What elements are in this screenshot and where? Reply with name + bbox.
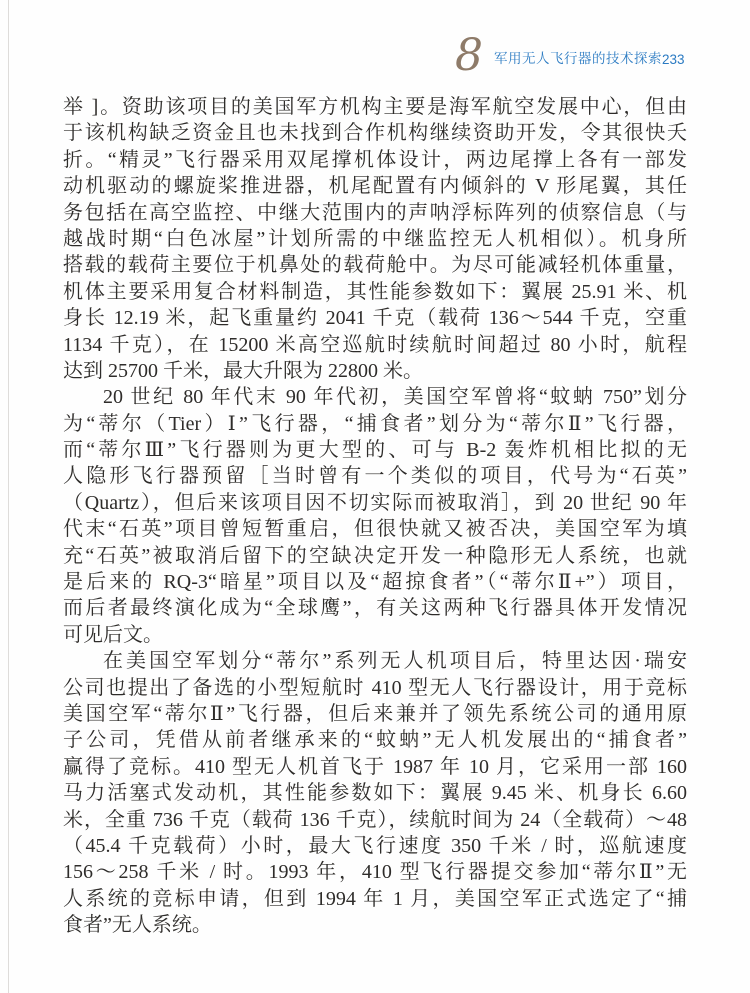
text-line: 而“蒂尔Ⅲ”飞行器则为更大型的、可与 B-2 轰炸机相比拟的无 xyxy=(63,437,687,463)
text-line: 充“石英”被取消后留下的空缺决定开发一种隐形无人系统，也就 xyxy=(63,543,687,569)
page-number: 233 xyxy=(662,52,685,67)
text-line: 是后来的 RQ-3“暗星”项目以及“超掠食者”（“蒂尔Ⅱ+”）项目， xyxy=(63,569,687,595)
text-line: 身长 12.19 米，起飞重量约 2041 千克（载荷 136～544 千克，空… xyxy=(63,305,687,331)
text-line: 而后者最终演化成为“全球鹰”，有关这两种飞行器具体开发情况 xyxy=(63,595,687,621)
text-line: 156～258 千米 / 时。1993 年，410 型飞行器提交参加“蒂尔Ⅱ”无 xyxy=(63,859,687,885)
text-line: 人隐形飞行器预留［当时曾有一个类似的项目，代号为“石英” xyxy=(63,463,687,489)
text-line: 动机驱动的螺旋桨推进器，机尾配置有内倾斜的 V 形尾翼，其任 xyxy=(63,173,687,199)
text-line: 为“蒂尔（Tier）Ⅰ”飞行器，“捕食者”划分为“蒂尔Ⅱ”飞行器， xyxy=(63,411,687,437)
text-line: 可见后文。 xyxy=(63,622,687,648)
text-line: 在美国空军划分“蒂尔”系列无人机项目后，特里达因·瑞安 xyxy=(63,648,687,674)
page-body-text: 举 ]。资助该项目的美国军方机构主要是海军航空发展中心，但由于该机构缺乏资金且也… xyxy=(63,94,687,939)
text-line: 人系统的竞标申请，但到 1994 年 1 月，美国空军正式选定了“捕 xyxy=(63,886,687,912)
text-line: 越战时期“白色冰屋”计划所需的中继监控无人机相似）。机身所 xyxy=(63,226,687,252)
book-page: 8 军用无人飞行器的技术探索 233 举 ]。资助该项目的美国军方机构主要是海军… xyxy=(0,0,750,993)
text-line: 搭载的载荷主要位于机鼻处的载荷舱中。为尽可能减轻机体重量， xyxy=(63,252,687,278)
text-line: 马力活塞式发动机，其性能参数如下：翼展 9.45 米、机身长 6.60 xyxy=(63,780,687,806)
text-line: 折。“精灵”飞行器采用双尾撑机体设计，两边尾撑上各有一部发 xyxy=(63,147,687,173)
text-line: 子公司，凭借从前者继承来的“蚊蚋”无人机发展出的“捕食者” xyxy=(63,727,687,753)
text-line: 公司也提出了备选的小型短航时 410 型无人飞行器设计，用于竞标 xyxy=(63,675,687,701)
text-line: 举 ]。资助该项目的美国军方机构主要是海军航空发展中心，但由 xyxy=(63,94,687,120)
text-line: 食者”无人系统。 xyxy=(63,912,687,938)
text-line: 机体主要采用复合材料制造，其性能参数如下：翼展 25.91 米、机 xyxy=(63,279,687,305)
text-line: 代末“石英”项目曾短暂重启，但很快就又被否决，美国空军为填 xyxy=(63,516,687,542)
text-line: （Quartz），但后来该项目因不切实际而被取消］，到 20 世纪 90 年 xyxy=(63,490,687,516)
chapter-number: 8 xyxy=(455,32,483,80)
text-line: （45.4 千克载荷）小时，最大飞行速度 350 千米 / 时，巡航速度 xyxy=(63,833,687,859)
page-edge-shadow xyxy=(8,0,9,993)
text-line: 赢得了竞标。410 型无人机首飞于 1987 年 10 月，它采用一部 160 xyxy=(63,754,687,780)
chapter-title: 军用无人飞行器的技术探索 xyxy=(494,51,662,67)
text-line: 米，全重 736 千克（载荷 136 千克），续航时间为 24（全载荷）～48 xyxy=(63,807,687,833)
text-line: 达到 25700 千米，最大升限为 22800 米。 xyxy=(63,358,687,384)
text-line: 1134 千克），在 15200 米高空巡航时续航时间超过 80 小时，航程 xyxy=(63,332,687,358)
text-line: 务包括在高空监控、中继大范围内的声呐浮标阵列的侦察信息（与 xyxy=(63,200,687,226)
text-line: 20 世纪 80 年代末 90 年代初，美国空军曾将“蚊蚋 750”划分 xyxy=(63,384,687,410)
text-line: 美国空军“蒂尔Ⅱ”飞行器，但后来兼并了领先系统公司的通用原 xyxy=(63,701,687,727)
text-line: 于该机构缺乏资金且也未找到合作机构继续资助开发，令其很快夭 xyxy=(63,120,687,146)
